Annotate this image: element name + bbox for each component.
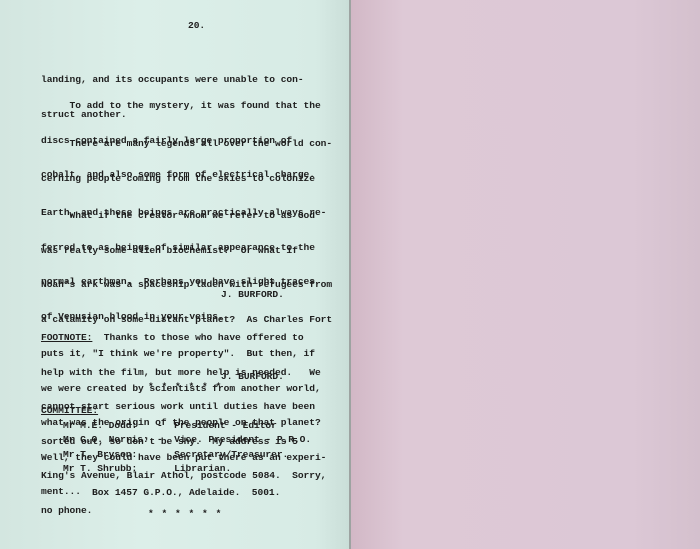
committee-member-role: - President - Editor (157, 420, 277, 432)
text-line: was really some alien biochemist? Or wha… (41, 245, 332, 257)
separator-stars: * * * * * * (148, 381, 222, 393)
text-line: What if the creator whom we refer to as … (41, 210, 332, 222)
text-line: Noah's ark was a spaceship laden with re… (41, 279, 332, 291)
committee-heading: COMMITTEE: (41, 405, 98, 417)
committee-member-role: Librarian. (157, 463, 231, 475)
page-number: 20. (188, 20, 205, 32)
committee-address: Box 1457 G.P.O., Adelaide. 5001. (92, 487, 280, 499)
text-line: cerning people coming from the skies to … (41, 173, 332, 185)
article-signature: J. BURFORD. (221, 289, 284, 301)
committee-member-name: Mr T. Bryson: (63, 449, 137, 461)
footnote-signature: J. BURFORD. (221, 371, 284, 383)
separator-stars: * * * * * * (148, 508, 222, 520)
committee-member-name: Mr T. Shrubb: (63, 463, 137, 475)
text-line: There are many legends all over the worl… (41, 138, 332, 150)
text-line: Thanks to those who have offered to (92, 332, 303, 343)
left-page: 20. landing, and its occupants were unab… (0, 0, 351, 549)
committee-member-name: Mr C.O. Norris: (63, 434, 149, 446)
committee-member-name: Mr M.E. Dodd: (63, 420, 137, 432)
committee-member-role: - Vice. President - P.R.O. (157, 434, 311, 446)
committee-member-role: Secretary/Treasurer. (157, 449, 288, 461)
right-page-blank (351, 0, 700, 549)
footnote-label: FOOTNOTE: (41, 332, 92, 343)
text-line: To add to the mystery, it was found that… (41, 100, 321, 112)
